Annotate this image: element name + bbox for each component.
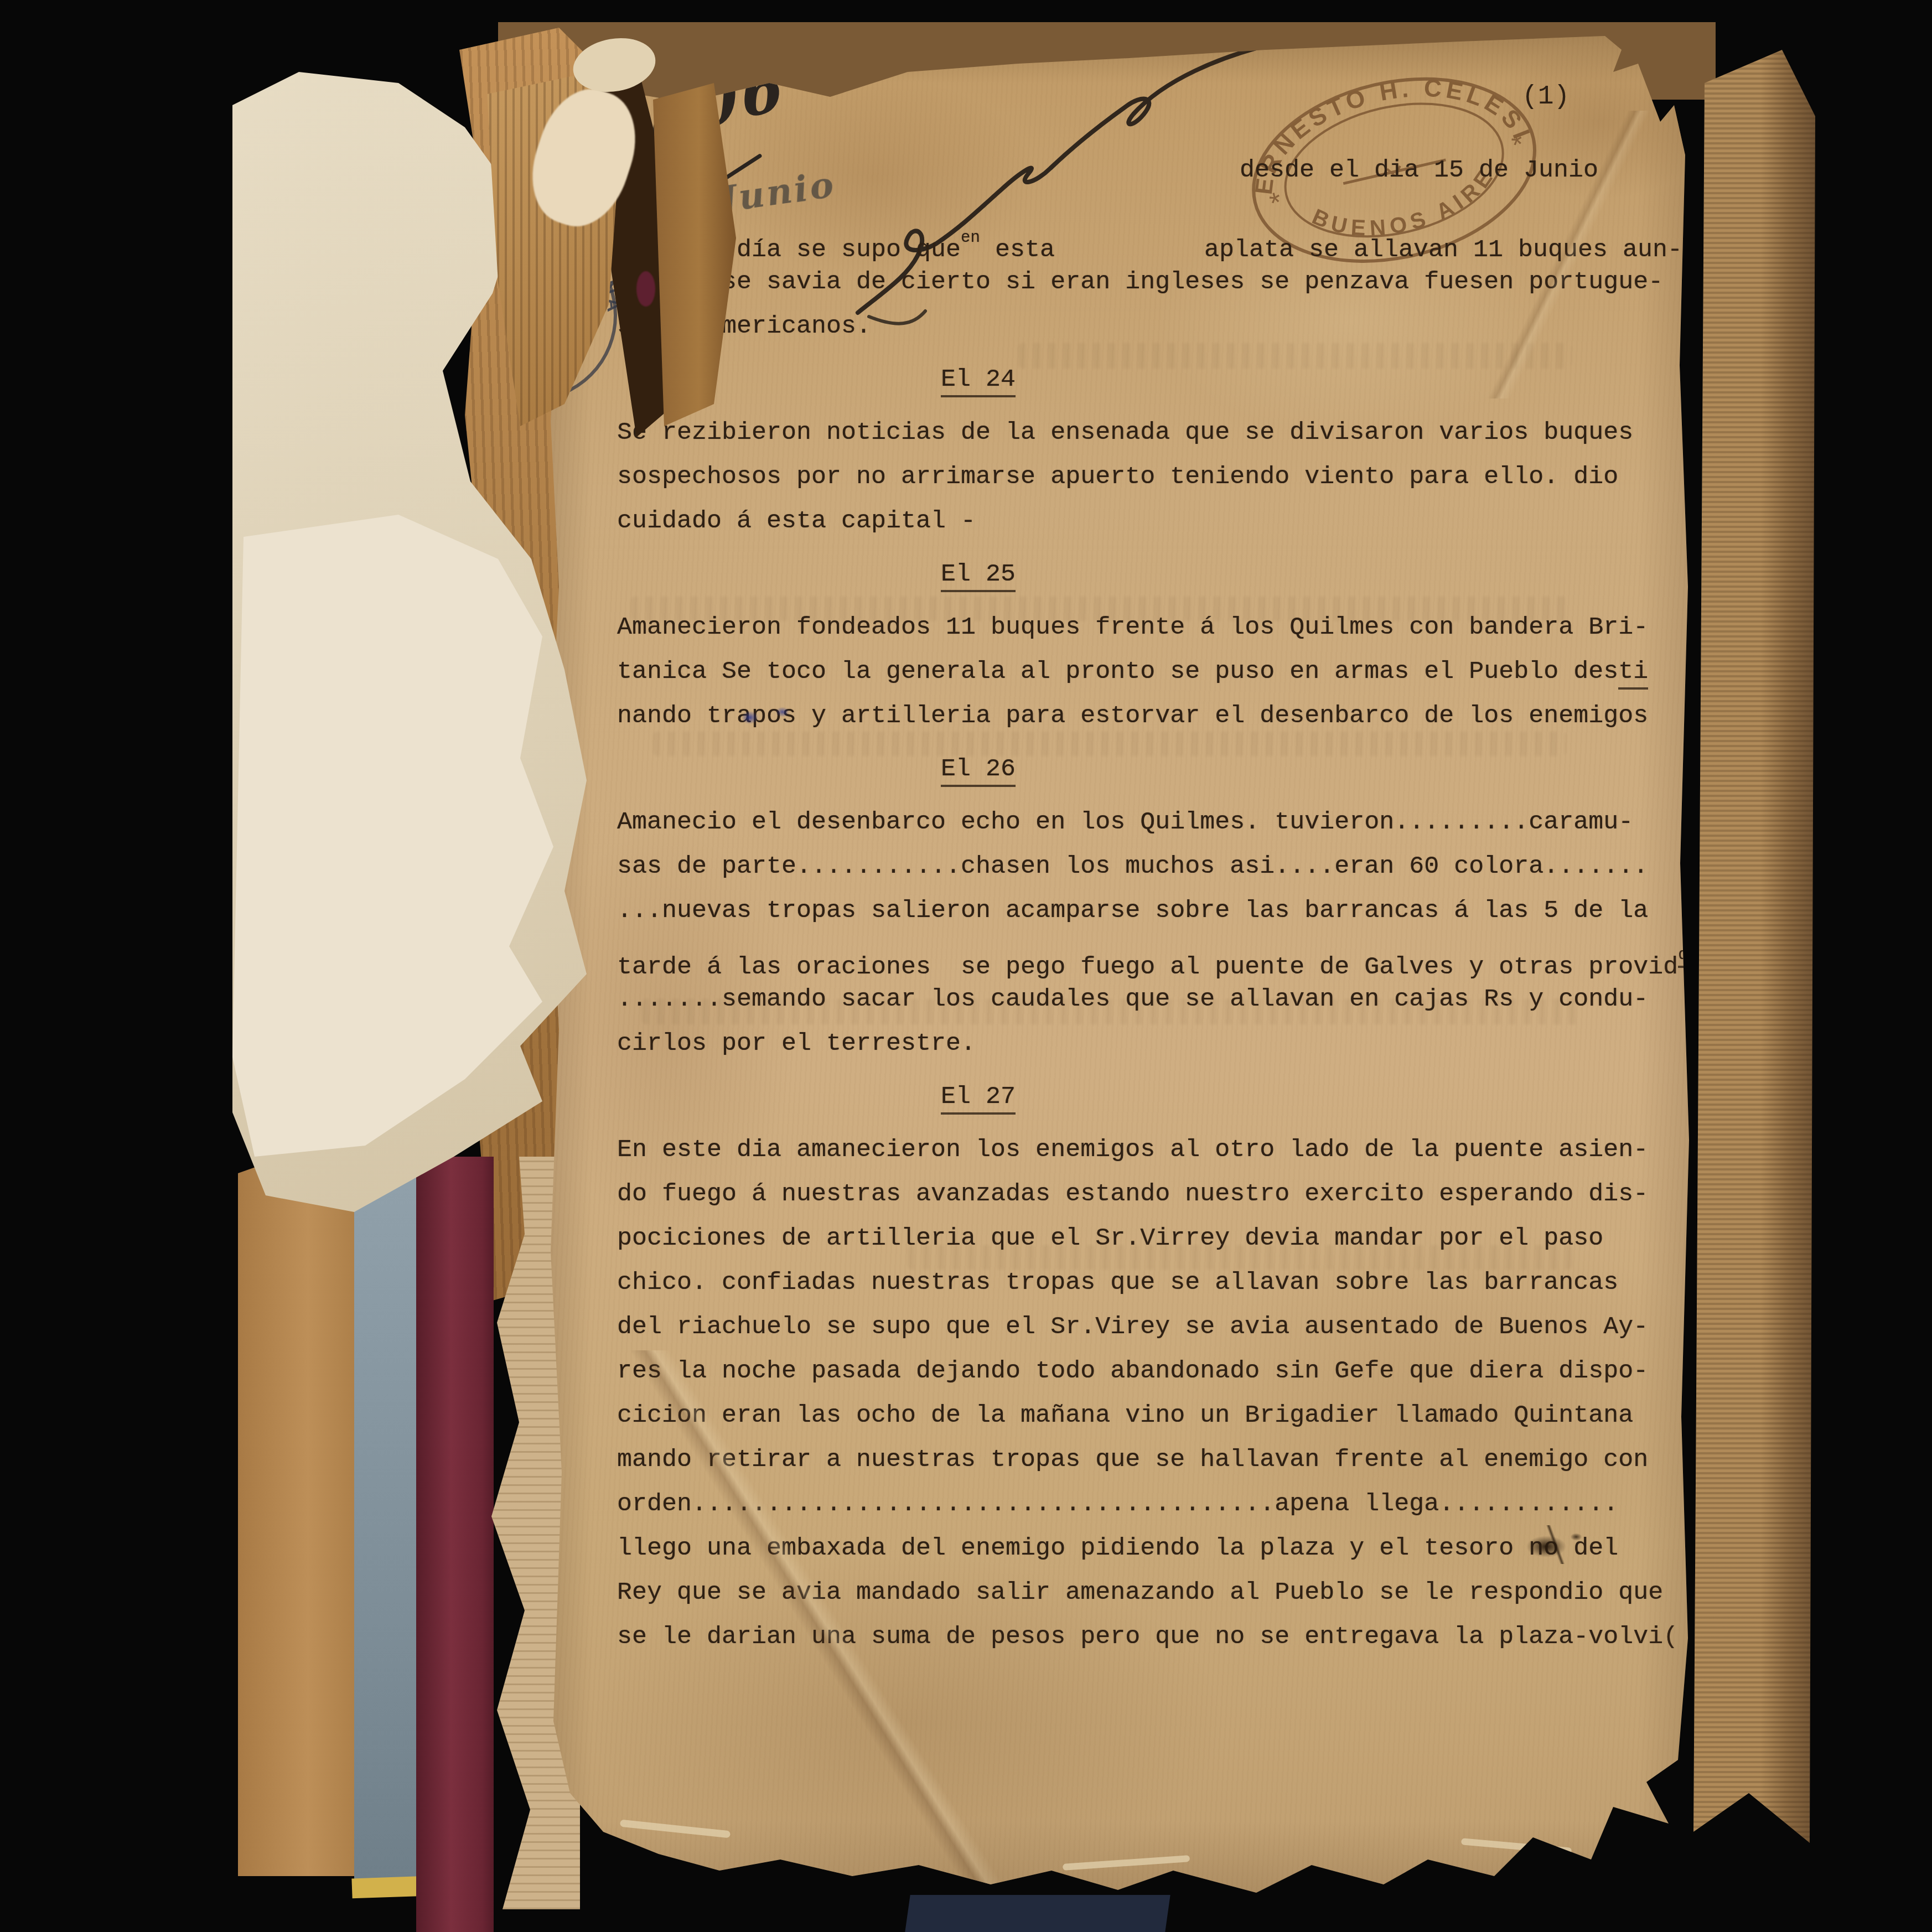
book-fore-edge [1693,50,1815,1843]
text-segment: ...nuevas tropas salieron acamparse sobr… [617,897,1648,925]
day-heading: El 25 [941,552,1671,597]
exposed-spine-glimpse [636,271,655,307]
heading-text: El 27 [941,1082,1016,1115]
typed-line: ...nuevas tropas salieron acamparse sobr… [617,889,1671,933]
text-segment: sas de parte...........chasen los muchos… [617,852,1648,880]
blue-book-cover [354,1162,423,1882]
text-segment: chico. confiadas nuestras tropas que se … [617,1268,1618,1297]
day-heading: El 26 [941,747,1671,791]
text-segment: .......semando sacar los caudales que se… [617,985,1648,1013]
maroon-leather-spine [416,1157,494,1932]
damaged-corner-cluster [454,17,841,470]
typed-line: del riachuelo se supo que el Sr.Virey se… [617,1305,1671,1349]
kraft-cover-lower [238,1140,365,1876]
typed-line: chico. confiadas nuestras tropas que se … [617,1261,1671,1305]
text-segment: pociciones de artilleria que el Sr.Virre… [617,1224,1603,1252]
typed-line: cuidado á esta capital - [617,499,1671,543]
typed-line: Amanecio el desenbarco echo en los Quilm… [617,800,1671,845]
text-segment: nando tr [617,702,737,730]
text-segment: cuidado á esta capital - [617,507,976,535]
dark-blue-bottom-sliver [905,1895,1170,1932]
text-segment: cirlos por el terrestre. [617,1029,976,1058]
typed-line: nando trapos y artilleria para estorvar … [617,694,1671,738]
day-heading: El 27 [941,1075,1671,1119]
typed-line: sas de parte...........chasen los muchos… [617,845,1671,889]
heading-text: El 25 [941,560,1016,592]
text-segment: Amanecio el desenbarco echo en los Quilm… [617,808,1633,836]
folded-kraft-strip [653,83,736,437]
text-segment: y artilleria para estorvar el desenbarco… [796,702,1648,730]
text-segment: Amanecieron fondeados 11 buques frente á… [617,613,1648,641]
ink-blotted-words: no del [1529,1534,1618,1562]
ink-corrected-word: apos [737,702,796,730]
typed-line: Amanecieron fondeados 11 buques frente á… [617,605,1671,650]
typed-line: pociciones de artilleria que el Sr.Virre… [617,1216,1671,1261]
page-number: (1) [1522,82,1570,112]
manuscript-photo: { "meta": { "description": "Photographed… [0,0,1932,1932]
typed-line: do fuego á nuestras avanzadas estando nu… [617,1172,1671,1216]
heading-text: El 24 [941,365,1016,397]
text-segment: del riachuelo se supo que el Sr.Virey se… [617,1313,1648,1341]
typed-line: tarde á las oraciones se pego fuego al p… [617,933,1671,977]
typed-line: En este dia amanecieron los enemigos al … [617,1128,1671,1172]
typed-line: tanica Se toco la generala al pronto se … [617,650,1671,694]
heading-text: El 26 [941,755,1016,787]
inserted-superscript: en [961,229,980,247]
typed-line: .......semando sacar los caudales que se… [617,977,1671,1022]
text-segment: do fuego á nuestras avanzadas estando nu… [617,1180,1648,1208]
text-segment: En este dia amanecieron los enemigos al … [617,1136,1648,1164]
typed-line: cirlos por el terrestre. [617,1022,1671,1066]
text-segment: tanica Se toco la generala al pronto se … [617,657,1618,686]
